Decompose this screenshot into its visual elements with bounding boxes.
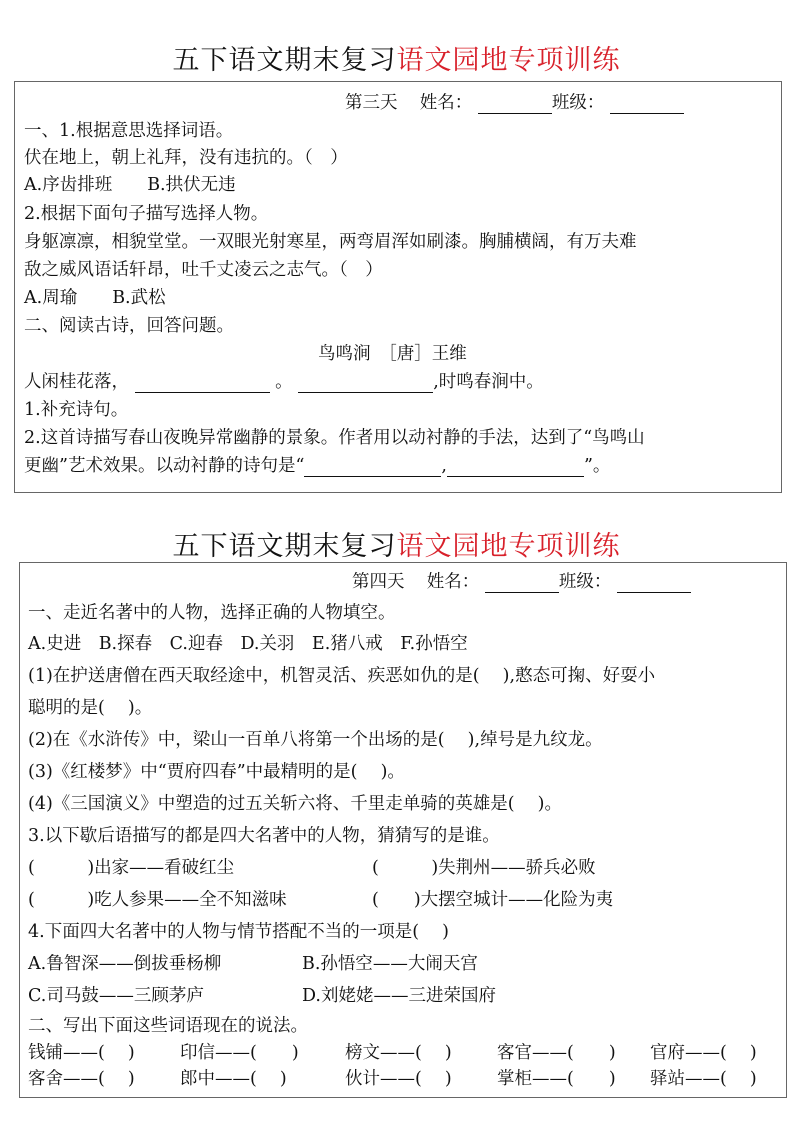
- word-item: 客官——( ): [497, 1042, 616, 1064]
- question-text-part: 更幽”艺术效果。以动衬静的诗句是“: [24, 456, 304, 476]
- xiehouyu-item: ( )大摆空城计——化险为夷: [372, 889, 613, 911]
- class-field[interactable]: [617, 574, 691, 593]
- name-field[interactable]: [478, 95, 552, 114]
- option-a: A.鲁智深——倒拔垂杨柳: [28, 953, 221, 975]
- question-text: 更幽”艺术效果。以动衬静的诗句是“,”。: [24, 455, 610, 477]
- question-text: 聪明的是( )。: [28, 697, 152, 719]
- option-b: B.孙悟空——大闹天宫: [302, 953, 478, 975]
- question-options: A.序齿排班 B.拱伏无违: [24, 174, 236, 196]
- word-item: 掌柜——( ): [497, 1068, 616, 1090]
- day-label: 第四天: [352, 572, 405, 592]
- day3-header-row: 第三天 姓名： 班级：: [345, 92, 684, 114]
- xiehouyu-item: ( )失荆州——骄兵必败: [372, 857, 596, 879]
- poem-text: 人闲桂花落，: [24, 372, 129, 392]
- name-label: 姓名：: [427, 572, 480, 592]
- worksheet-title-day4: 五下语文期末复习语文园地专项训练: [0, 530, 793, 564]
- poem-title: 鸟鸣涧 ［唐］王维: [318, 343, 467, 365]
- section-heading: 二、阅读古诗，回答问题。: [24, 315, 234, 337]
- question-text: 2.这首诗描写春山夜晚异常幽静的景象。作者用以动衬静的手法，达到了“鸟鸣山: [24, 427, 645, 449]
- question-text: (3)《红楼梦》中“贾府四春”中最精明的是( )。: [28, 761, 405, 783]
- question-text: (1)在护送唐僧在西天取经途中，机智灵活、疾恶如仇的是( ),憨态可掬、好耍小: [28, 665, 655, 687]
- day4-header-row: 第四天 姓名： 班级：: [352, 571, 691, 593]
- question-text: 身躯凛凛，相貌堂堂。一双眼光射寒星，两弯眉浑如刷漆。胸脯横阔，有万夫难: [24, 231, 637, 253]
- title-red: 语文园地专项训练: [397, 531, 621, 562]
- word-item: 伙计——( ): [345, 1068, 452, 1090]
- poem-blank-2[interactable]: [298, 374, 433, 393]
- question-text: 3.以下歇后语描写的都是四大名著中的人物，猜猜写的是谁。: [28, 825, 500, 847]
- class-label: 班级：: [552, 93, 605, 113]
- word-item: 郎中——( ): [180, 1068, 287, 1090]
- xiehouyu-item: ( )出家——看破红尘: [28, 857, 234, 879]
- question-text: 伏在地上，朝上礼拜，没有违抗的。（ ）: [24, 147, 348, 169]
- name-field[interactable]: [485, 574, 559, 593]
- answer-blank-1[interactable]: [304, 458, 441, 477]
- question-options: A.周瑜 B.武松: [24, 287, 166, 309]
- option-d: D.刘姥姥——三进荣国府: [302, 985, 496, 1007]
- word-item: 印信——( ): [180, 1042, 299, 1064]
- poem-blank-1[interactable]: [135, 374, 270, 393]
- name-label: 姓名：: [420, 93, 473, 113]
- poem-line: 人闲桂花落， 。 ,时鸣春涧中。: [24, 371, 544, 393]
- question-text: (4)《三国演义》中塑造的过五关斩六将、千里走单骑的英雄是( )。: [28, 793, 562, 815]
- question-options: A.史进 B.探春 C.迎春 D.关羽 E.猪八戒 F.孙悟空: [28, 633, 468, 655]
- question-text: (2)在《水浒传》中，梁山一百单八将第一个出场的是( ),绰号是九纹龙。: [28, 729, 603, 751]
- title-black: 五下语文期末复习: [173, 45, 397, 76]
- word-item: 驿站——( ): [650, 1068, 757, 1090]
- word-item: 榜文——( ): [345, 1042, 452, 1064]
- day-label: 第三天: [345, 93, 398, 113]
- section-heading: 一、1.根据意思选择词语。: [24, 120, 233, 142]
- question-text: 敌之威风语话轩昂，吐千丈凌云之志气。（ ）: [24, 259, 383, 281]
- question-text: 1.补充诗句。: [24, 399, 128, 421]
- title-red: 语文园地专项训练: [397, 45, 621, 76]
- class-label: 班级：: [559, 572, 612, 592]
- question-text: 4.下面四大名著中的人物与情节搭配不当的一项是( ): [28, 921, 449, 943]
- question-text-part: ”。: [584, 456, 610, 476]
- word-item: 客舍——( ): [28, 1068, 135, 1090]
- answer-blank-2[interactable]: [447, 458, 584, 477]
- class-field[interactable]: [610, 95, 684, 114]
- poem-text: 。: [275, 372, 293, 392]
- poem-text: ,时鸣春涧中。: [433, 372, 544, 392]
- word-item: 钱铺——( ): [28, 1042, 135, 1064]
- section-heading: 一、走近名著中的人物，选择正确的人物填空。: [28, 602, 396, 624]
- worksheet-title-day3: 五下语文期末复习语文园地专项训练: [0, 44, 793, 78]
- word-item: 官府——( ): [650, 1042, 757, 1064]
- xiehouyu-item: ( )吃人参果——全不知滋味: [28, 889, 287, 911]
- section-heading: 二、写出下面这些词语现在的说法。: [28, 1015, 308, 1037]
- title-black: 五下语文期末复习: [173, 531, 397, 562]
- question-text: 2.根据下面句子描写选择人物。: [24, 203, 268, 225]
- option-c: C.司马鼓——三顾茅庐: [28, 985, 204, 1007]
